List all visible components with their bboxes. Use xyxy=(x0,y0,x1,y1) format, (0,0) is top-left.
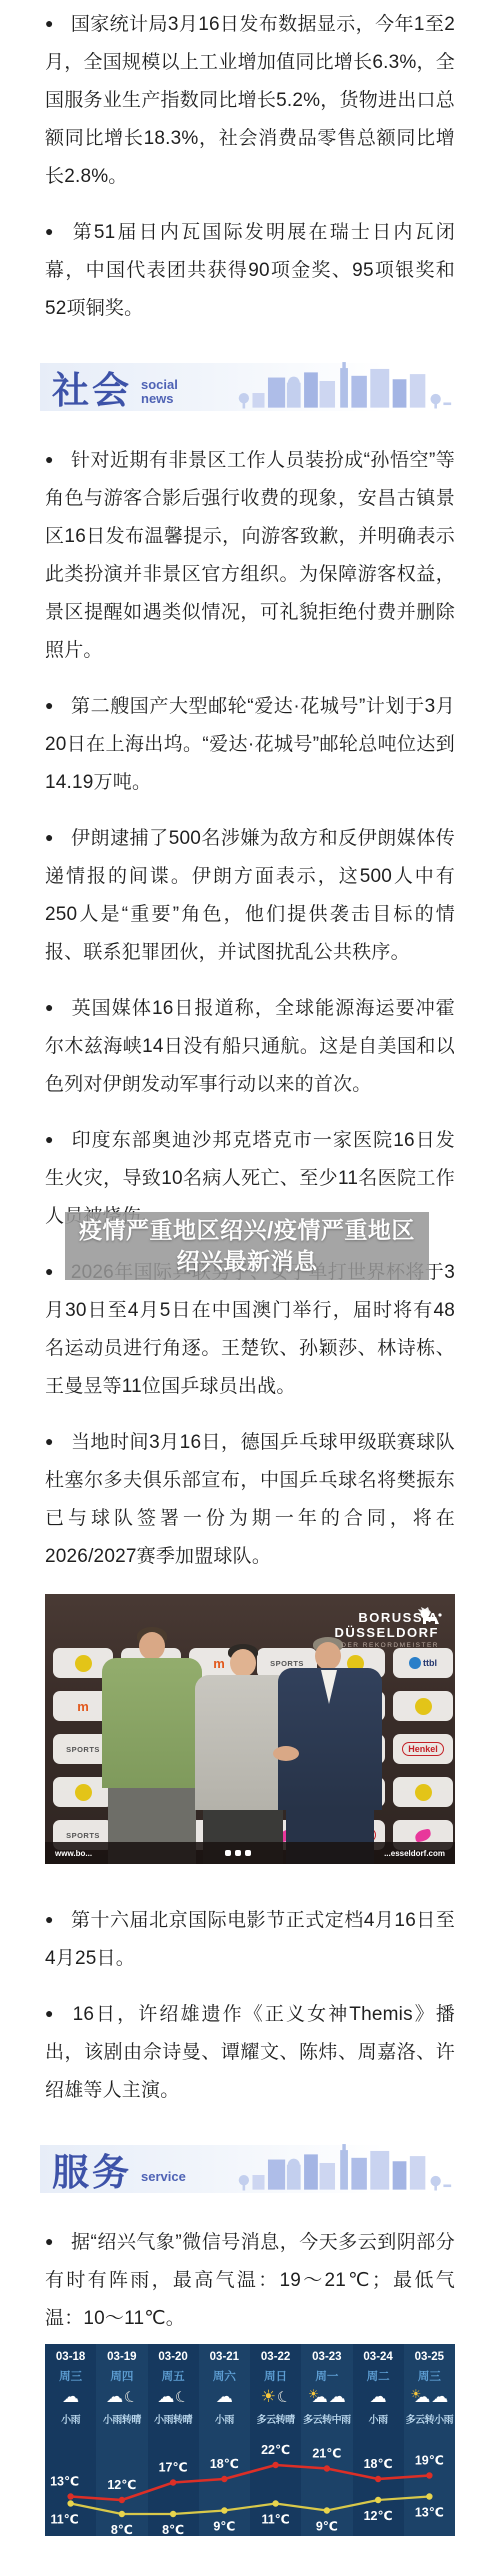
svg-text:19℃: 19℃ xyxy=(415,2454,444,2468)
svg-text:12℃: 12℃ xyxy=(364,2509,393,2523)
svg-text:8℃: 8℃ xyxy=(111,2523,133,2536)
photo-caption-strip: www.bo... ...esseldorf.com xyxy=(45,1842,455,1864)
section-title-en: service xyxy=(141,2170,186,2184)
sponsor-logo xyxy=(393,1691,453,1721)
svg-text:11℃: 11℃ xyxy=(50,2513,78,2527)
svg-text:18℃: 18℃ xyxy=(210,2457,239,2471)
sponsor-logo xyxy=(393,1777,453,1807)
photo-watermark-left: www.bo... xyxy=(55,1849,92,1858)
sponsor-logo: ttbl xyxy=(393,1648,453,1678)
lion-logo-icon xyxy=(417,1606,443,1628)
city-skyline-illustration xyxy=(237,358,452,416)
news-item: 针对近期有非景区工作人员装扮成“孙悟空”等角色与游客合影后强行收费的现象，安昌古… xyxy=(45,442,455,670)
svg-text:12℃: 12℃ xyxy=(107,2478,136,2492)
svg-text:17℃: 17℃ xyxy=(159,2461,188,2475)
svg-text:21℃: 21℃ xyxy=(312,2447,341,2461)
section-title-cn: 社会 xyxy=(52,360,132,414)
svg-text:13℃: 13℃ xyxy=(50,2475,79,2489)
svg-text:22℃: 22℃ xyxy=(261,2443,290,2457)
handshake xyxy=(273,1746,299,1761)
club-tagline: DER REKORDMEISTER xyxy=(334,1642,439,1649)
svg-text:9℃: 9℃ xyxy=(213,2520,235,2534)
news-item: 16日，许绍雄遗作《正义女神Themis》播出，该剧由佘诗曼、谭耀文、陈炜、周嘉… xyxy=(45,1996,455,2110)
watermark-overlay: 疫情严重地区绍兴/疫情严重地区绍兴最新消息 xyxy=(65,1212,429,1280)
news-digest-page: 国家统计局3月16日发布数据显示，今年1至2月，全国规模以上工业增加值同比增长6… xyxy=(0,0,500,2569)
svg-text:11℃: 11℃ xyxy=(261,2513,289,2527)
news-item: 第二艘国产大型邮轮“爱达·花城号”计划于3月20日在上海出坞。“爱达·花城号”邮… xyxy=(45,688,455,802)
service-section-header: 服务 service xyxy=(40,2128,460,2212)
section-title-cn: 服务 xyxy=(52,2142,132,2196)
svg-text:9℃: 9℃ xyxy=(316,2520,338,2534)
press-photo: mSPORTSttblmSPORTSHenkelSPORTSmHenkelmtt… xyxy=(45,1594,455,1864)
svg-text:18℃: 18℃ xyxy=(364,2457,393,2471)
news-item: 国家统计局3月16日发布数据显示，今年1至2月，全国规模以上工业增加值同比增长6… xyxy=(45,6,455,196)
club-logo-block: BORUSSIA DÜSSELDORF DER REKORDMEISTER xyxy=(334,1610,439,1649)
news-item: 第十六届北京国际电影节正式定档4月16日至4月25日。 xyxy=(45,1902,455,1978)
sponsor-logo: Henkel xyxy=(393,1734,453,1764)
svg-text:8℃: 8℃ xyxy=(162,2523,184,2536)
photo-watermark-right: ...esseldorf.com xyxy=(384,1849,445,1858)
city-skyline-illustration xyxy=(237,2140,452,2198)
news-item: 伊朗逮捕了500名涉嫌为敌方和反伊朗媒体传递情报的间谍。伊朗方面表示，这500人… xyxy=(45,820,455,972)
social-media-icons xyxy=(223,1849,253,1858)
social-section-header: 社会 social news xyxy=(40,346,460,430)
temperature-line-plot: 13℃12℃17℃18℃22℃21℃18℃19℃11℃8℃8℃9℃11℃9℃12… xyxy=(45,2344,455,2536)
news-item: 第51届日内瓦国际发明展在瑞士日内瓦闭幕，中国代表团共获得90项金奖、95项银奖… xyxy=(45,214,455,328)
section-title-en: social news xyxy=(141,378,178,406)
news-item: 英国媒体16日报道称，全球能源海运要冲霍尔木兹海峡14日没有船只通航。这是自美国… xyxy=(45,990,455,1104)
news-item: 当地时间3月16日，德国乒乓球甲级联赛球队杜塞尔多夫俱乐部宣布，中国乒乓球名将樊… xyxy=(45,1424,455,1576)
news-item: 据“绍兴气象”微信号消息，今天多云到阴部分有时有阵雨，最高气温：19～21℃；最… xyxy=(45,2224,455,2338)
svg-text:13℃: 13℃ xyxy=(415,2506,444,2520)
weather-forecast-chart: 03-18周三☁小雨03-19周四☁☾小雨转晴03-20周五☁☾小雨转晴03-2… xyxy=(45,2344,455,2536)
